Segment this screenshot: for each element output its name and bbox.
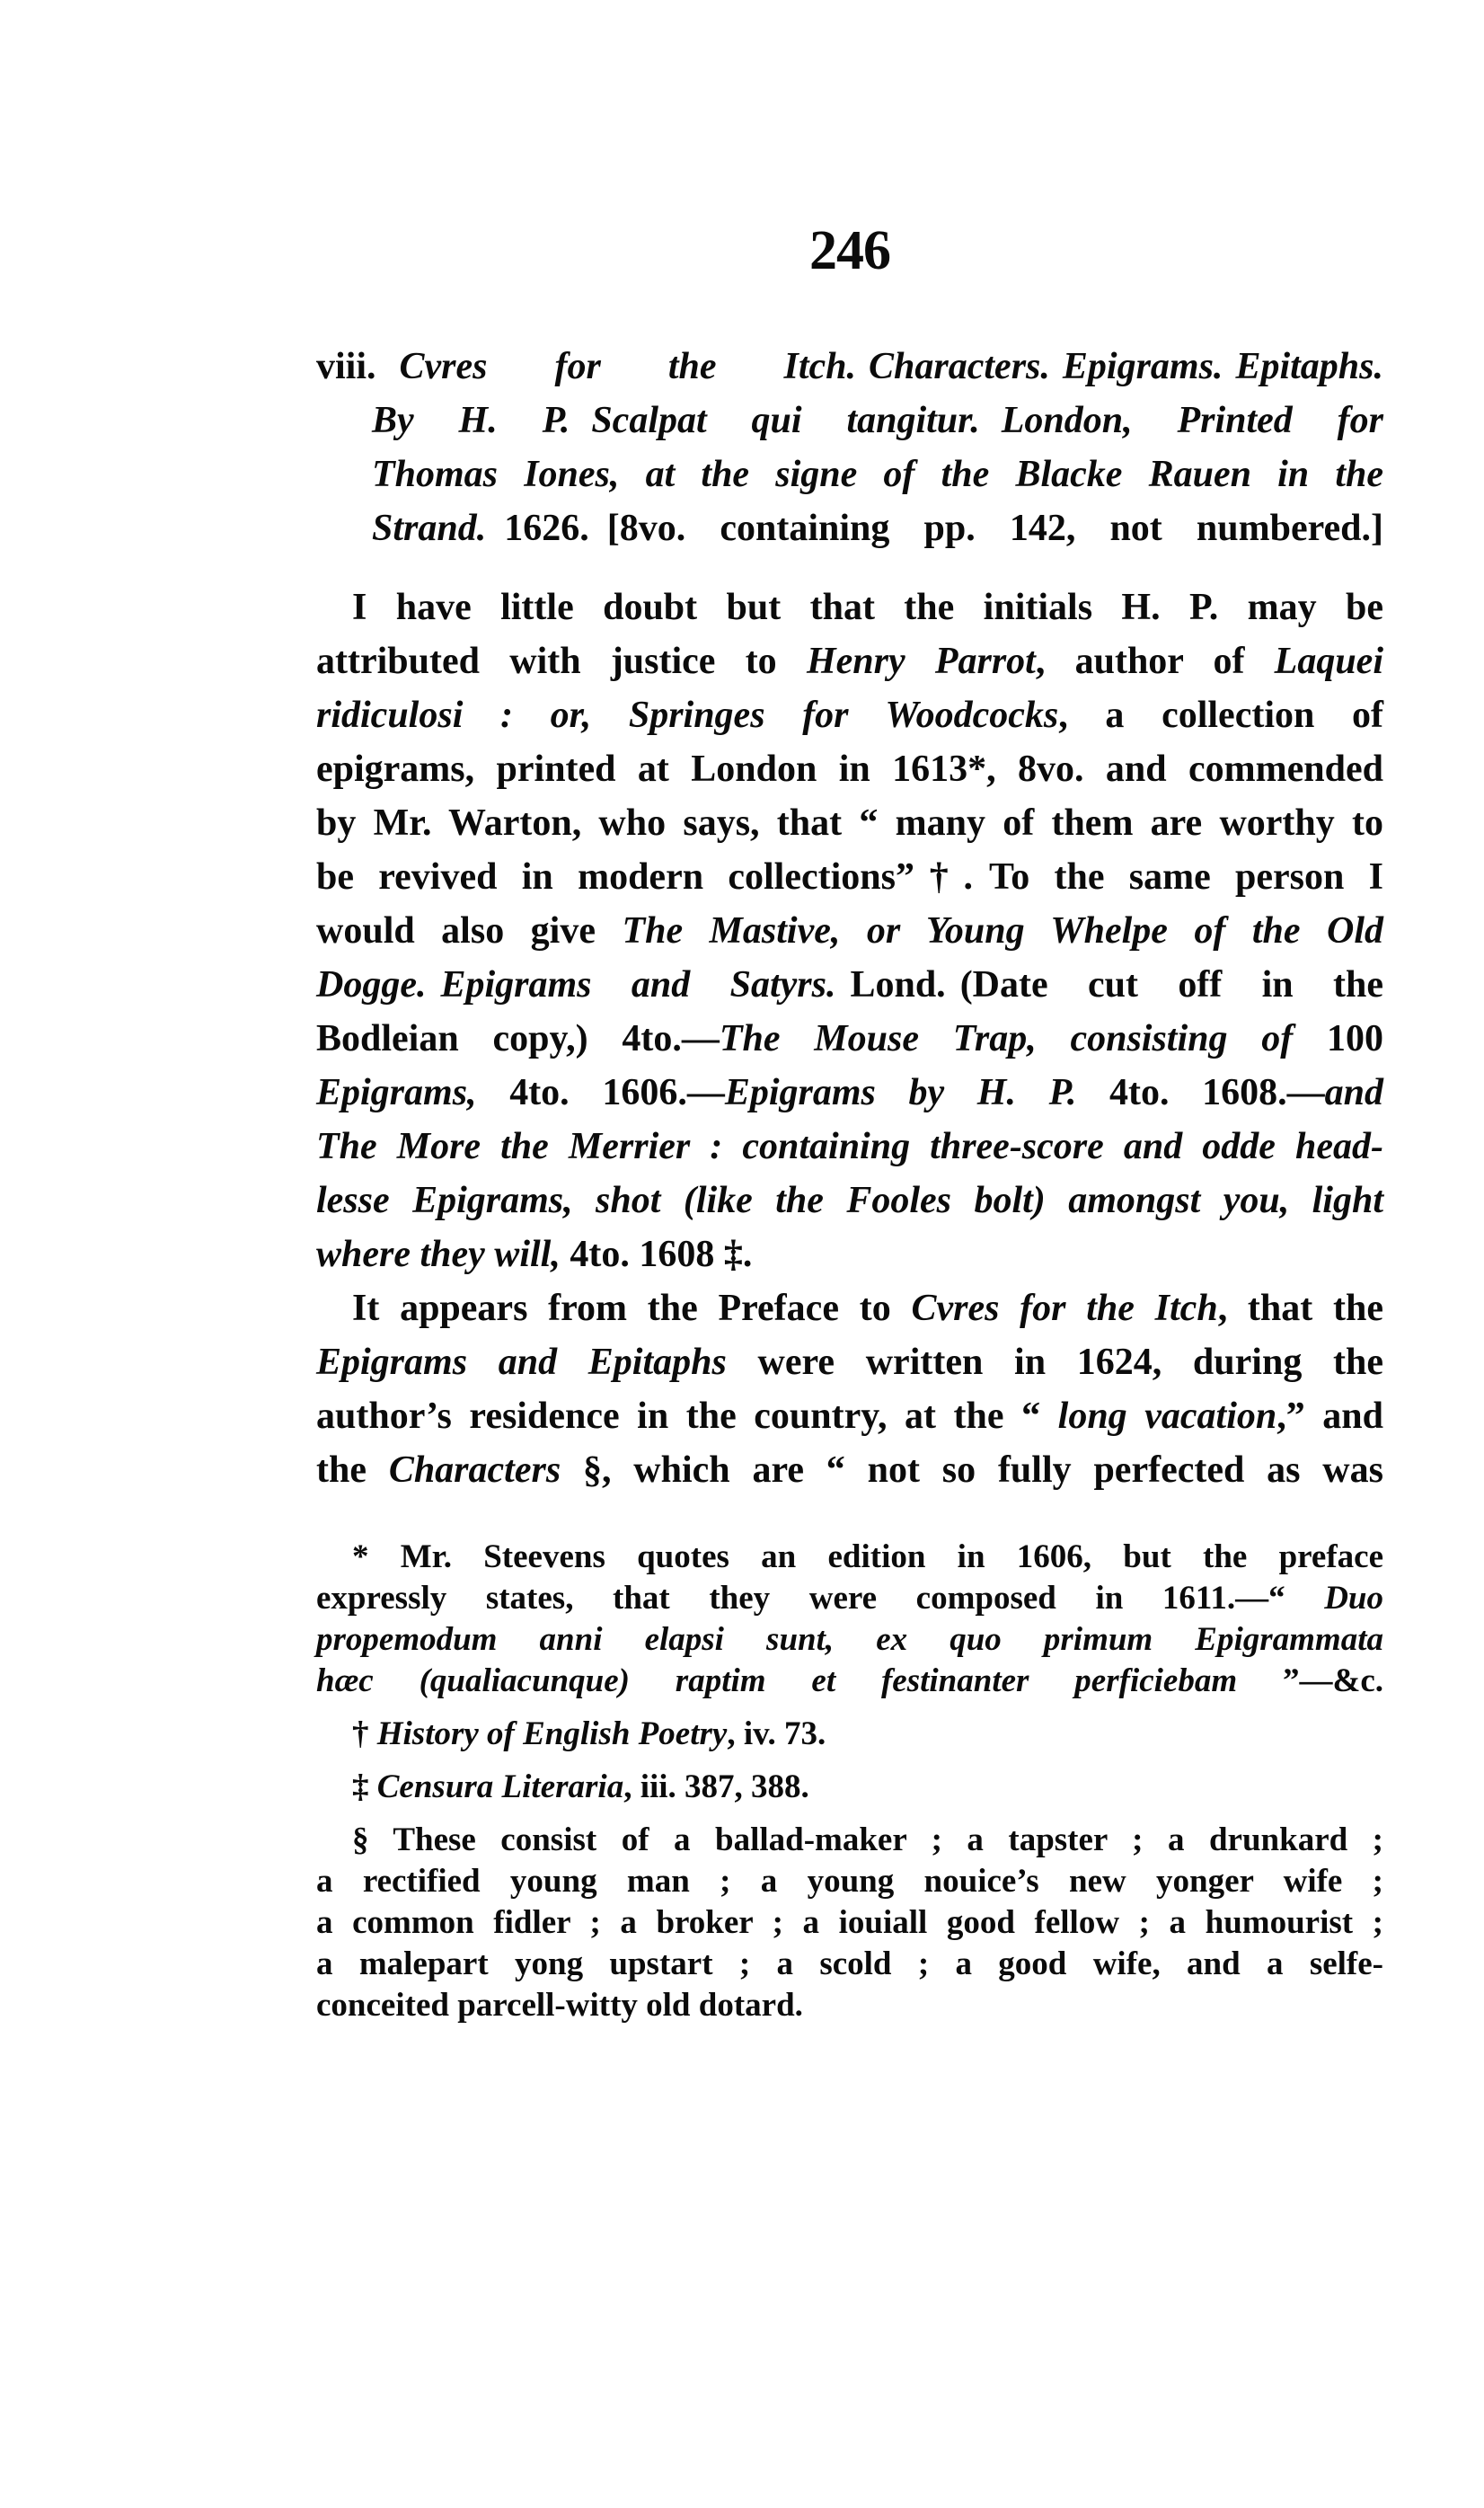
text-run: § These consist of a ballad-maker ; a ta… bbox=[352, 1821, 1383, 1858]
italic-text-run: ridiculosi : or, Springes for Woodcocks bbox=[316, 695, 1058, 736]
text-run: † bbox=[352, 1715, 377, 1752]
sentence-gap bbox=[589, 539, 607, 540]
text-run: a common fidler ; a broker ; a iouiall g… bbox=[316, 1904, 1383, 1941]
text-run: It appears from the Preface to bbox=[352, 1288, 911, 1329]
bibliographic-entry: viii.Cvres for the Itch.Characters.Epigr… bbox=[316, 340, 1383, 555]
text-run: a malepart yong upstart ; a scold ; a go… bbox=[316, 1945, 1383, 1982]
text-line: † History of English Poetry, iv. 73. bbox=[316, 1714, 1383, 1755]
text-line: the Characters §, which are “ not so ful… bbox=[316, 1443, 1383, 1497]
text-run: 4to. 1608 ‡. bbox=[561, 1234, 753, 1275]
text-line: By H. P.Scalpat qui tangitur.London, Pri… bbox=[372, 394, 1383, 448]
text-line: author’s residence in the country, at th… bbox=[316, 1389, 1383, 1443]
sentence-gap bbox=[856, 377, 869, 378]
text-run: , that the bbox=[1218, 1288, 1383, 1329]
italic-text-run: Dogge. bbox=[316, 964, 426, 1006]
text-run: , author of bbox=[1036, 641, 1275, 682]
text-run: conceited parcell-witty old dotard. bbox=[316, 1987, 803, 2024]
text-run: * Mr. Steevens quotes an edition in 1606… bbox=[352, 1538, 1383, 1575]
text-run: ”—&c. bbox=[1237, 1662, 1383, 1699]
text-line: lesse Epigrams, shot (like the Fooles bo… bbox=[316, 1174, 1383, 1227]
text-run: To the same person I bbox=[989, 856, 1383, 898]
italic-text-run: Epigrams. bbox=[1063, 346, 1223, 387]
text-line: Thomas Iones, at the signe of the Blacke… bbox=[372, 448, 1383, 501]
italic-text-run: lesse Epigrams, shot (like the Fooles bo… bbox=[316, 1180, 1383, 1221]
footnote-dagger: † History of English Poetry, iv. 73. bbox=[316, 1714, 1383, 1755]
text-run: , a collection of bbox=[1058, 695, 1383, 736]
text-run: Lond. bbox=[850, 964, 945, 1006]
italic-text-run: Cvres for the Itch. bbox=[400, 346, 857, 387]
text-line: Epigrams and Epitaphs were written in 16… bbox=[316, 1335, 1383, 1389]
text-line: viii.Cvres for the Itch.Characters.Epigr… bbox=[316, 340, 1383, 394]
italic-text-run: Censura Literaria bbox=[377, 1768, 623, 1805]
text-run: I have little doubt but that the initial… bbox=[352, 587, 1383, 628]
text-line: a rectified young man ; a young nouice’s… bbox=[316, 1861, 1383, 1902]
text-run: a rectified young man ; a young nouice’s… bbox=[316, 1863, 1383, 1900]
text-run: attributed with justice to bbox=[316, 641, 807, 682]
text-run: would also give bbox=[316, 910, 622, 952]
italic-text-run: Scalpat qui tangitur. bbox=[591, 400, 979, 441]
sentence-gap bbox=[1223, 377, 1235, 378]
text-run: §, which are “ not so fully perfected as… bbox=[561, 1449, 1383, 1491]
text-run: 100 bbox=[1293, 1018, 1383, 1059]
italic-text-run: long vacation bbox=[1058, 1396, 1277, 1437]
text-line: be revived in modern collections”†.To th… bbox=[316, 850, 1383, 904]
text-run: , iv. 73. bbox=[727, 1715, 826, 1752]
italic-text-run: propemodum anni elapsi sunt, ex quo prim… bbox=[316, 1621, 1383, 1658]
italic-text-run: Epigrams and Satyrs. bbox=[440, 964, 835, 1006]
italic-text-run: Characters bbox=[389, 1449, 561, 1491]
italic-text-run: Characters. bbox=[869, 346, 1050, 387]
text-line: a common fidler ; a broker ; a iouiall g… bbox=[316, 1902, 1383, 1944]
italic-text-run: By H. P. bbox=[372, 400, 570, 441]
text-line: Strand.1626.[8vo. containing pp. 142, no… bbox=[372, 501, 1383, 555]
text-line: Bodleian copy,) 4to.—The Mouse Trap, con… bbox=[316, 1012, 1383, 1066]
text-line: a malepart yong upstart ; a scold ; a go… bbox=[316, 1944, 1383, 1985]
text-line: The More the Merrier : containing three-… bbox=[316, 1120, 1383, 1174]
text-line: epigrams, printed at London in 1613*, 8v… bbox=[316, 742, 1383, 796]
text-run: expressly states, that they were compose… bbox=[316, 1580, 1324, 1617]
sentence-gap bbox=[980, 431, 1002, 432]
text-line: hæc (qualiacunque) raptim et festinanter… bbox=[316, 1661, 1383, 1702]
page-number: 246 bbox=[316, 226, 1383, 275]
text-line: § These consist of a ballad-maker ; a ta… bbox=[316, 1820, 1383, 1861]
italic-text-run: Epitaphs. bbox=[1235, 346, 1383, 387]
footnote-section: § These consist of a ballad-maker ; a ta… bbox=[316, 1820, 1383, 2026]
sentence-gap bbox=[946, 996, 960, 997]
sentence-gap bbox=[570, 431, 591, 432]
italic-text-run: The More the Merrier : containing three-… bbox=[316, 1126, 1383, 1167]
text-run: the bbox=[316, 1449, 389, 1491]
text-run: be revived in modern collections”†. bbox=[316, 856, 973, 898]
sentence-gap bbox=[486, 539, 504, 540]
italic-text-run: Cvres for the Itch bbox=[911, 1288, 1217, 1329]
text-line: expressly states, that they were compose… bbox=[316, 1578, 1383, 1619]
text-run: Bodleian copy,) 4to.— bbox=[316, 1018, 720, 1059]
footnotes-section: * Mr. Steevens quotes an edition in 1606… bbox=[316, 1537, 1383, 2026]
text-run: [8vo. containing pp. 142, not numbered.] bbox=[607, 508, 1383, 549]
main-text: I have little doubt but that the initial… bbox=[316, 580, 1383, 1497]
italic-text-run: Henry Parrot bbox=[807, 641, 1036, 682]
text-line: where they will, 4to. 1608 ‡. bbox=[316, 1227, 1383, 1281]
text-line: Epigrams, 4to. 1606.—Epigrams by H. P. 4… bbox=[316, 1066, 1383, 1120]
italic-text-run: History of English Poetry bbox=[377, 1715, 728, 1752]
text-line: ‡ Censura Literaria, iii. 387, 388. bbox=[316, 1767, 1383, 1808]
text-line: Dogge.Epigrams and Satyrs.Lond.(Date cut… bbox=[316, 958, 1383, 1012]
text-line: attributed with justice to Henry Parrot,… bbox=[316, 634, 1383, 688]
text-line: conceited parcell-witty old dotard. bbox=[316, 1985, 1383, 2026]
italic-text-run: Epigrams, bbox=[316, 1072, 477, 1113]
text-run: viii. bbox=[316, 346, 376, 387]
text-run: ,” and bbox=[1276, 1396, 1383, 1437]
text-run: author’s residence in the country, at th… bbox=[316, 1396, 1058, 1437]
text-run: , iii. 387, 388. bbox=[623, 1768, 809, 1805]
italic-text-run: Thomas Iones, at the signe of the Blacke… bbox=[372, 454, 1383, 495]
book-page: 246 viii.Cvres for the Itch.Characters.E… bbox=[0, 0, 1484, 2508]
text-line: It appears from the Preface to Cvres for… bbox=[316, 1281, 1383, 1335]
text-line: propemodum anni elapsi sunt, ex quo prim… bbox=[316, 1619, 1383, 1661]
text-run: 4to. 1608.— bbox=[1076, 1072, 1324, 1113]
italic-text-run: The Mastive, or Young Whelpe of the Old bbox=[622, 910, 1383, 952]
text-run: by Mr. Warton, who says, that “ many of … bbox=[316, 802, 1383, 844]
text-line: by Mr. Warton, who says, that “ many of … bbox=[316, 796, 1383, 850]
paragraph-2: It appears from the Preface to Cvres for… bbox=[316, 1281, 1383, 1497]
text-run: were written in 1624, during the bbox=[727, 1342, 1383, 1383]
text-line: I have little doubt but that the initial… bbox=[316, 580, 1383, 634]
footnote-asterisk: * Mr. Steevens quotes an edition in 1606… bbox=[316, 1537, 1383, 1702]
text-run: 4to. 1606.— bbox=[477, 1072, 725, 1113]
italic-text-run: Epigrams and Epitaphs bbox=[316, 1342, 727, 1383]
page-content: 246 viii.Cvres for the Itch.Characters.E… bbox=[316, 0, 1383, 2038]
paragraph-1: I have little doubt but that the initial… bbox=[316, 580, 1383, 1281]
sentence-gap bbox=[1050, 377, 1063, 378]
italic-text-run: Laquei bbox=[1275, 641, 1383, 682]
italic-text-run: Strand. bbox=[372, 508, 486, 549]
italic-text-run: and bbox=[1325, 1072, 1383, 1113]
text-run: (Date cut off in the bbox=[960, 964, 1383, 1006]
text-run: 1626. bbox=[504, 508, 589, 549]
italic-text-run: Duo bbox=[1324, 1580, 1383, 1617]
sentence-gap bbox=[426, 996, 440, 997]
sentence-gap bbox=[835, 996, 850, 997]
italic-text-run: hæc (qualiacunque) raptim et festinanter… bbox=[316, 1662, 1237, 1699]
italic-text-run: where they will, bbox=[316, 1234, 561, 1275]
sentence-gap bbox=[973, 888, 989, 889]
text-line: * Mr. Steevens quotes an edition in 1606… bbox=[316, 1537, 1383, 1578]
text-run: epigrams, printed at London in 1613*, 8v… bbox=[316, 749, 1383, 790]
text-line: would also give The Mastive, or Young Wh… bbox=[316, 904, 1383, 958]
italic-text-run: The Mouse Trap, consisting of bbox=[720, 1018, 1293, 1059]
text-line: ridiculosi : or, Springes for Woodcocks,… bbox=[316, 688, 1383, 742]
italic-text-run: London, Printed for bbox=[1002, 400, 1383, 441]
footnote-double-dagger: ‡ Censura Literaria, iii. 387, 388. bbox=[316, 1767, 1383, 1808]
text-run: ‡ bbox=[352, 1768, 377, 1805]
sentence-gap bbox=[376, 377, 400, 378]
italic-text-run: Epigrams by H. P. bbox=[725, 1072, 1077, 1113]
